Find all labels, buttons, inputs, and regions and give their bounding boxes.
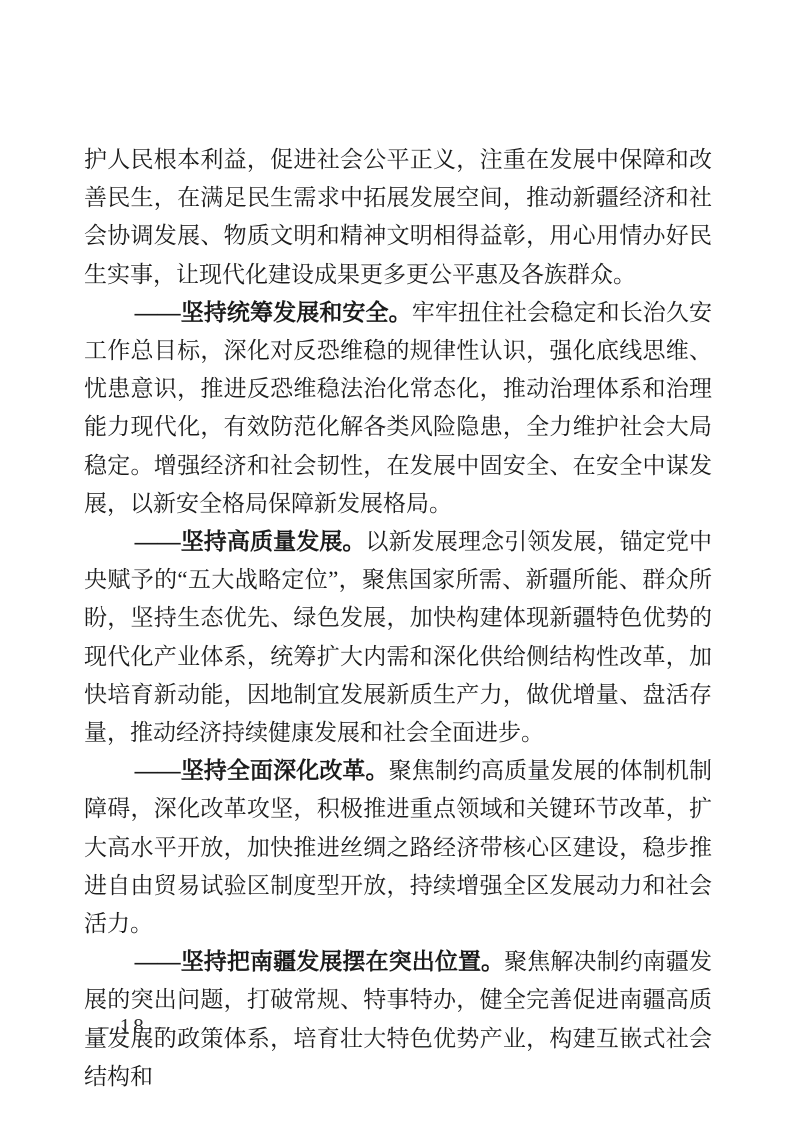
paragraph: ——坚持高质量发展。以新发展理念引领发展，锚定党中央赋予的“五大战略定位”，聚焦…: [84, 523, 712, 752]
paragraph-text: 聚焦制约高质量发展的体制机制障碍，深化改革攻坚，积极推进重点领域和关键环节改革，…: [84, 758, 712, 936]
paragraph-lead: ——坚持高质量发展。: [135, 529, 366, 554]
paragraph-text: 牢牢扭住社会稳定和长治久安工作总目标，深化对反恐维稳的规律性认识，强化底线思维、…: [84, 300, 712, 516]
paragraph: 护人民根本利益，促进社会公平正义，注重在发展中保障和改善民生，在满足民生需求中拓…: [84, 141, 712, 294]
paragraph: ——坚持统筹发展和安全。牢牢扭住社会稳定和长治久安工作总目标，深化对反恐维稳的规…: [84, 294, 712, 523]
paragraph: ——坚持全面深化改革。聚焦制约高质量发展的体制机制障碍，深化改革攻坚，积极推进重…: [84, 752, 712, 943]
page-number: – 18 –: [98, 1014, 169, 1039]
paragraph-lead: ——坚持全面深化改革。: [135, 758, 389, 783]
paragraph-lead: ——坚持把南疆发展摆在突出位置。: [135, 949, 505, 974]
document-page: 护人民根本利益，促进社会公平正义，注重在发展中保障和改善民生，在满足民生需求中拓…: [0, 0, 793, 1122]
paragraph-text: 以新发展理念引领发展，锚定党中央赋予的“五大战略定位”，聚焦国家所需、新疆所能、…: [84, 529, 712, 745]
paragraph-lead: ——坚持统筹发展和安全。: [135, 300, 412, 325]
paragraph: ——坚持把南疆发展摆在突出位置。聚焦解决制约南疆发展的突出问题，打破常规、特事特…: [84, 943, 712, 1096]
paragraph-text: 护人民根本利益，促进社会公平正义，注重在发展中保障和改善民生，在满足民生需求中拓…: [84, 147, 712, 287]
document-body: 护人民根本利益，促进社会公平正义，注重在发展中保障和改善民生，在满足民生需求中拓…: [84, 141, 712, 1096]
